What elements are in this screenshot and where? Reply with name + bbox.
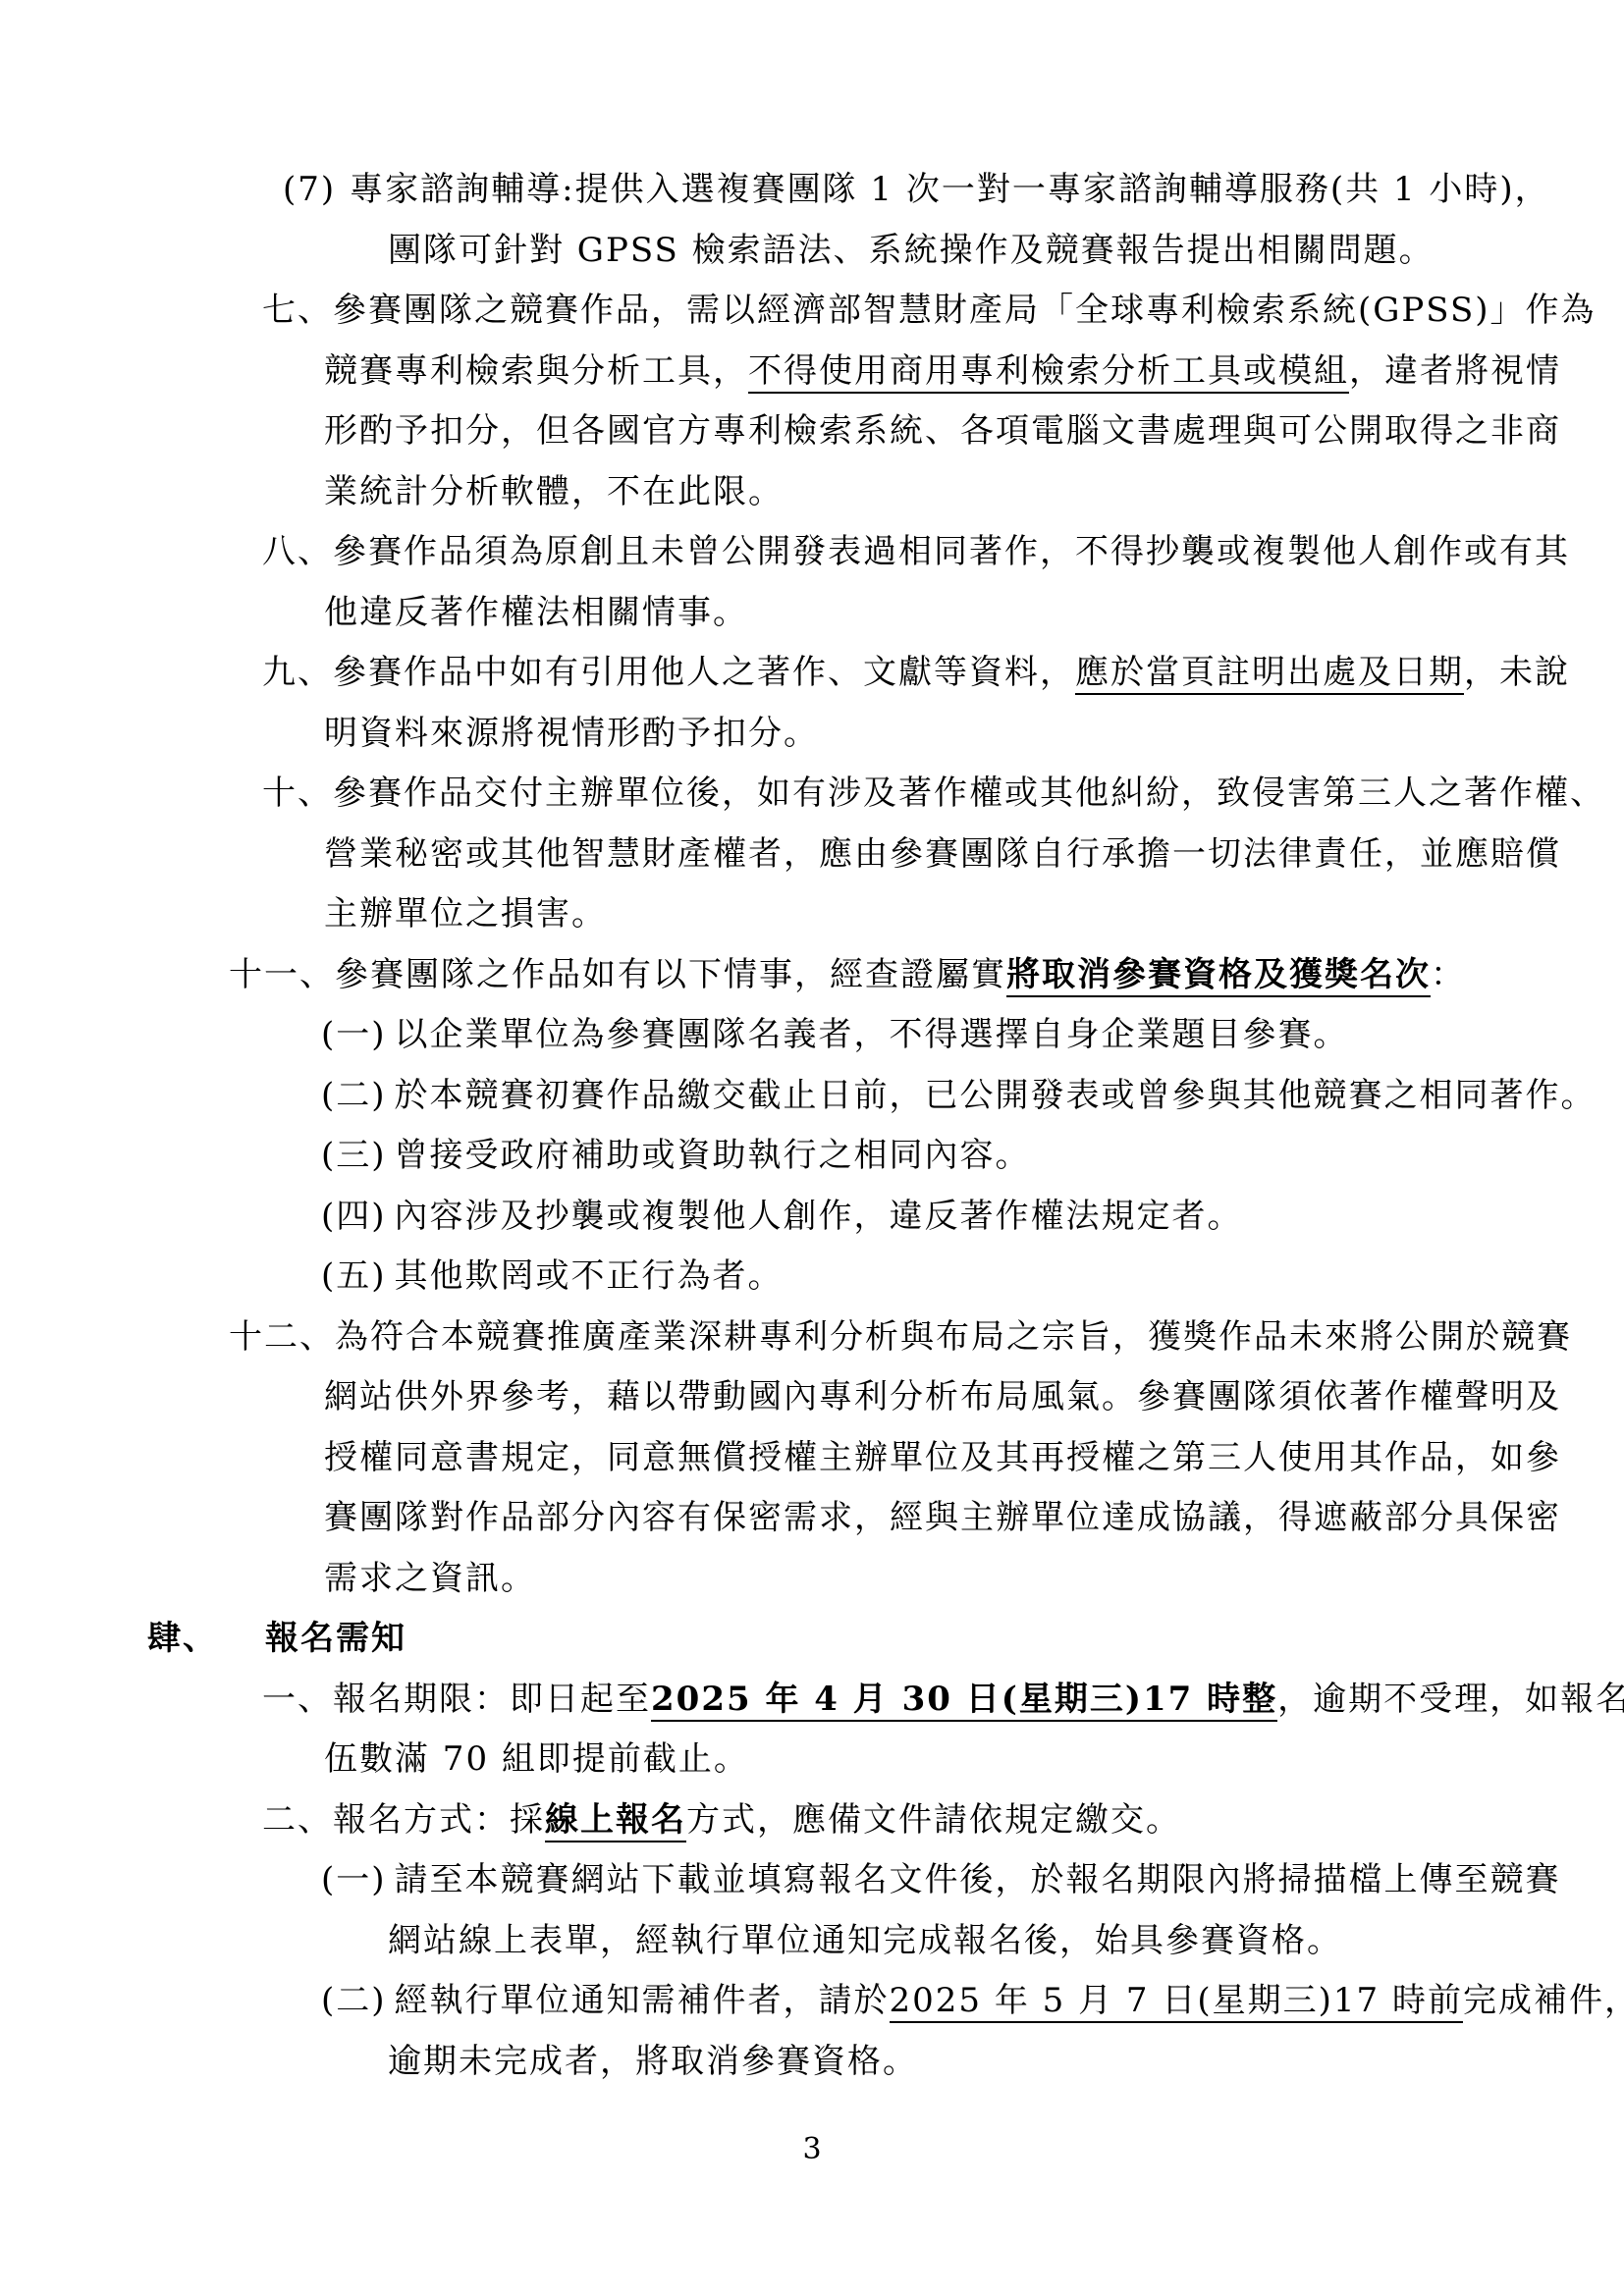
text-line: 業統計分析軟體，不在此限。	[0, 462, 1624, 523]
text-line: 九、參賽作品中如有引用他人之著作、文獻等資料，應於當頁註明出處及日期，未說	[0, 643, 1624, 704]
text-segment: 團隊可針對 GPSS 檢索語法、系統操作及競賽報告提出相關問題。	[388, 231, 1435, 270]
text-line: (三)曾接受政府補助或資助執行之相同內容。	[0, 1126, 1624, 1187]
text-segment: 形酌予扣分，但各國官方專利檢索系統、各項電腦文書處理與可公開取得之非商	[324, 411, 1561, 451]
text-segment: ，逾期不受理，如報名隊	[1277, 1680, 1624, 1719]
text-segment: ：	[1431, 955, 1466, 994]
text-segment: 競賽專利檢索與分析工具，	[324, 351, 748, 391]
text-line: (二)於本競賽初賽作品繳交截止日前，已公開發表或曾參與其他競賽之相同著作。	[0, 1066, 1624, 1127]
text-segment: 方式，應備文件請依規定繳交。	[686, 1800, 1181, 1840]
text-line: (二)經執行單位通知需補件者，請於 2025 年 5 月 7 日(星期三)17 …	[0, 1971, 1624, 2032]
text-segment: 他違反著作權法相關情事。	[324, 593, 748, 632]
text-segment: 專家諮詢輔導:提供入選複賽團隊 1 次一對一專家諮詢輔導服務(共 1 小時)，	[350, 170, 1549, 209]
text-line: 一、報名期限：即日起至 2025 年 4 月 30 日(星期三)17 時整，逾期…	[0, 1670, 1624, 1731]
text-line: 主辦單位之損害。	[0, 884, 1624, 945]
text-line: 十一、參賽團隊之作品如有以下情事，經查證屬實將取消參賽資格及獲獎名次：	[0, 945, 1624, 1006]
text-segment: 明資料來源將視情形酌予扣分。	[324, 714, 819, 753]
text-segment: (四)	[321, 1197, 387, 1236]
text-line: 肆、報名需知	[0, 1609, 1624, 1670]
text-segment: 二、報名方式：採	[262, 1800, 545, 1840]
text-segment: 內容涉及抄襲或複製他人創作，違反著作權法規定者。	[395, 1197, 1243, 1236]
text-segment: (7)	[283, 170, 336, 209]
text-segment: ，未說	[1464, 653, 1570, 692]
emphasized-text: 報名需知	[265, 1619, 406, 1658]
text-line: 逾期未完成者，將取消參賽資格。	[0, 2032, 1624, 2093]
document-page: (7)專家諮詢輔導:提供入選複賽團隊 1 次一對一專家諮詢輔導服務(共 1 小時…	[0, 0, 1624, 2296]
text-segment: 網站供外界參考，藉以帶動國內專利分析布局風氣。參賽團隊須依著作權聲明及	[324, 1377, 1561, 1416]
text-line: 賽團隊對作品部分內容有保密需求，經與主辦單位達成協議，得遮蔽部分具保密	[0, 1488, 1624, 1549]
text-segment: (五)	[321, 1256, 387, 1296]
text-line: 競賽專利檢索與分析工具，不得使用商用專利檢索分析工具或模組，違者將視情	[0, 342, 1624, 402]
text-line: 團隊可針對 GPSS 檢索語法、系統操作及競賽報告提出相關問題。	[0, 221, 1624, 282]
text-segment: (一)	[321, 1860, 387, 1899]
text-line: 形酌予扣分，但各國官方專利檢索系統、各項電腦文書處理與可公開取得之非商	[0, 401, 1624, 462]
text-segment: 於本競賽初賽作品繳交截止日前，已公開發表或曾參與其他競賽之相同著作。	[395, 1076, 1597, 1115]
text-line: 明資料來源將視情形酌予扣分。	[0, 704, 1624, 765]
document-body: (7)專家諮詢輔導:提供入選複賽團隊 1 次一對一專家諮詢輔導服務(共 1 小時…	[0, 0, 1624, 2092]
text-line: (一)以企業單位為參賽團隊名義者，不得選擇自身企業題目參賽。	[0, 1005, 1624, 1066]
text-segment: 經執行單位通知需補件者，請於	[395, 1981, 890, 2020]
text-line: (一)請至本競賽網站下載並填寫報名文件後，於報名期限內將掃描檔上傳至競賽	[0, 1850, 1624, 1911]
emphasized-text: 將取消參賽資格及獲獎名次	[1006, 955, 1431, 997]
text-line: 營業秘密或其他智慧財產權者，應由參賽團隊自行承擔一切法律責任，並應賠償	[0, 825, 1624, 885]
text-line: 十、參賽作品交付主辦單位後，如有涉及著作權或其他糾紛，致侵害第三人之著作權、	[0, 764, 1624, 825]
text-line: 七、參賽團隊之競賽作品，需以經濟部智慧財產局「全球專利檢索系統(GPSS)」作為	[0, 281, 1624, 342]
text-segment: 請至本競賽網站下載並填寫報名文件後，於報名期限內將掃描檔上傳至競賽	[395, 1860, 1561, 1899]
text-line: (五)其他欺罔或不正行為者。	[0, 1247, 1624, 1308]
text-segment: 以企業單位為參賽團隊名義者，不得選擇自身企業題目參賽。	[395, 1015, 1349, 1054]
text-segment: 其他欺罔或不正行為者。	[395, 1256, 784, 1296]
page-number: 3	[0, 2132, 1624, 2166]
text-line: 伍數滿 70 組即提前截止。	[0, 1730, 1624, 1790]
text-segment: 一、報名期限：即日起至	[262, 1680, 651, 1719]
text-segment: 需求之資訊。	[324, 1559, 536, 1598]
text-line: 八、參賽作品須為原創且未曾公開發表過相同著作，不得抄襲或複製他人創作或有其	[0, 522, 1624, 583]
text-segment: (三)	[321, 1136, 387, 1175]
text-segment: 營業秘密或其他智慧財產權者，應由參賽團隊自行承擔一切法律責任，並應賠償	[324, 834, 1561, 874]
emphasized-text: 線上報名	[545, 1800, 686, 1842]
emphasized-text: 2025 年 4 月 30 日(星期三)17 時整	[651, 1680, 1277, 1722]
text-segment: 授權同意書規定，同意無償授權主辦單位及其再授權之第三人使用其作品，如參	[324, 1438, 1561, 1477]
text-segment: 伍數滿 70 組即提前截止。	[324, 1739, 749, 1779]
text-segment: 業統計分析軟體，不在此限。	[324, 472, 784, 511]
text-line: 網站線上表單，經執行單位通知完成報名後，始具參賽資格。	[0, 1911, 1624, 1972]
text-segment: 十一、參賽團隊之作品如有以下情事，經查證屬實	[229, 955, 1006, 994]
text-line: 需求之資訊。	[0, 1549, 1624, 1610]
text-segment: 完成補件，	[1463, 1981, 1624, 2020]
text-line: (7)專家諮詢輔導:提供入選複賽團隊 1 次一對一專家諮詢輔導服務(共 1 小時…	[0, 160, 1624, 221]
emphasized-text: 2025 年 5 月 7 日(星期三)17 時前	[890, 1981, 1463, 2023]
text-line: 他違反著作權法相關情事。	[0, 583, 1624, 644]
emphasized-text: 不得使用商用專利檢索分析工具或模組	[748, 351, 1349, 394]
text-segment: 七、參賽團隊之競賽作品，需以經濟部智慧財產局「全球專利檢索系統(GPSS)」作為	[262, 291, 1597, 330]
text-segment: (一)	[321, 1015, 387, 1054]
text-segment: 賽團隊對作品部分內容有保密需求，經與主辦單位達成協議，得遮蔽部分具保密	[324, 1498, 1561, 1537]
text-segment: 九、參賽作品中如有引用他人之著作、文獻等資料，	[262, 653, 1075, 692]
emphasized-text: 肆、	[147, 1619, 218, 1658]
text-segment: 網站線上表單，經執行單位通知完成報名後，始具參賽資格。	[388, 1921, 1342, 1960]
text-line: 十二、為符合本競賽推廣產業深耕專利分析與布局之宗旨，獲獎作品未來將公開於競賽	[0, 1308, 1624, 1368]
text-segment: 八、參賽作品須為原創且未曾公開發表過相同著作，不得抄襲或複製他人創作或有其	[262, 532, 1570, 571]
text-segment: (二)	[321, 1076, 387, 1115]
text-segment: 十、參賽作品交付主辦單位後，如有涉及著作權或其他糾紛，致侵害第三人之著作權、	[262, 774, 1605, 813]
text-segment: (二)	[321, 1981, 387, 2020]
text-line: 網站供外界參考，藉以帶動國內專利分析布局風氣。參賽團隊須依著作權聲明及	[0, 1367, 1624, 1428]
text-segment: 曾接受政府補助或資助執行之相同內容。	[395, 1136, 1031, 1175]
text-line: 授權同意書規定，同意無償授權主辦單位及其再授權之第三人使用其作品，如參	[0, 1428, 1624, 1489]
text-segment: 十二、為符合本競賽推廣產業深耕專利分析與布局之宗旨，獲獎作品未來將公開於競賽	[229, 1317, 1572, 1357]
text-line: 二、報名方式：採線上報名方式，應備文件請依規定繳交。	[0, 1790, 1624, 1851]
text-segment: ，違者將視情	[1349, 351, 1561, 391]
text-segment: 逾期未完成者，將取消參賽資格。	[388, 2042, 918, 2081]
emphasized-text: 應於當頁註明出處及日期	[1075, 653, 1464, 695]
text-segment: 主辦單位之損害。	[324, 894, 607, 934]
text-line: (四)內容涉及抄襲或複製他人創作，違反著作權法規定者。	[0, 1187, 1624, 1248]
